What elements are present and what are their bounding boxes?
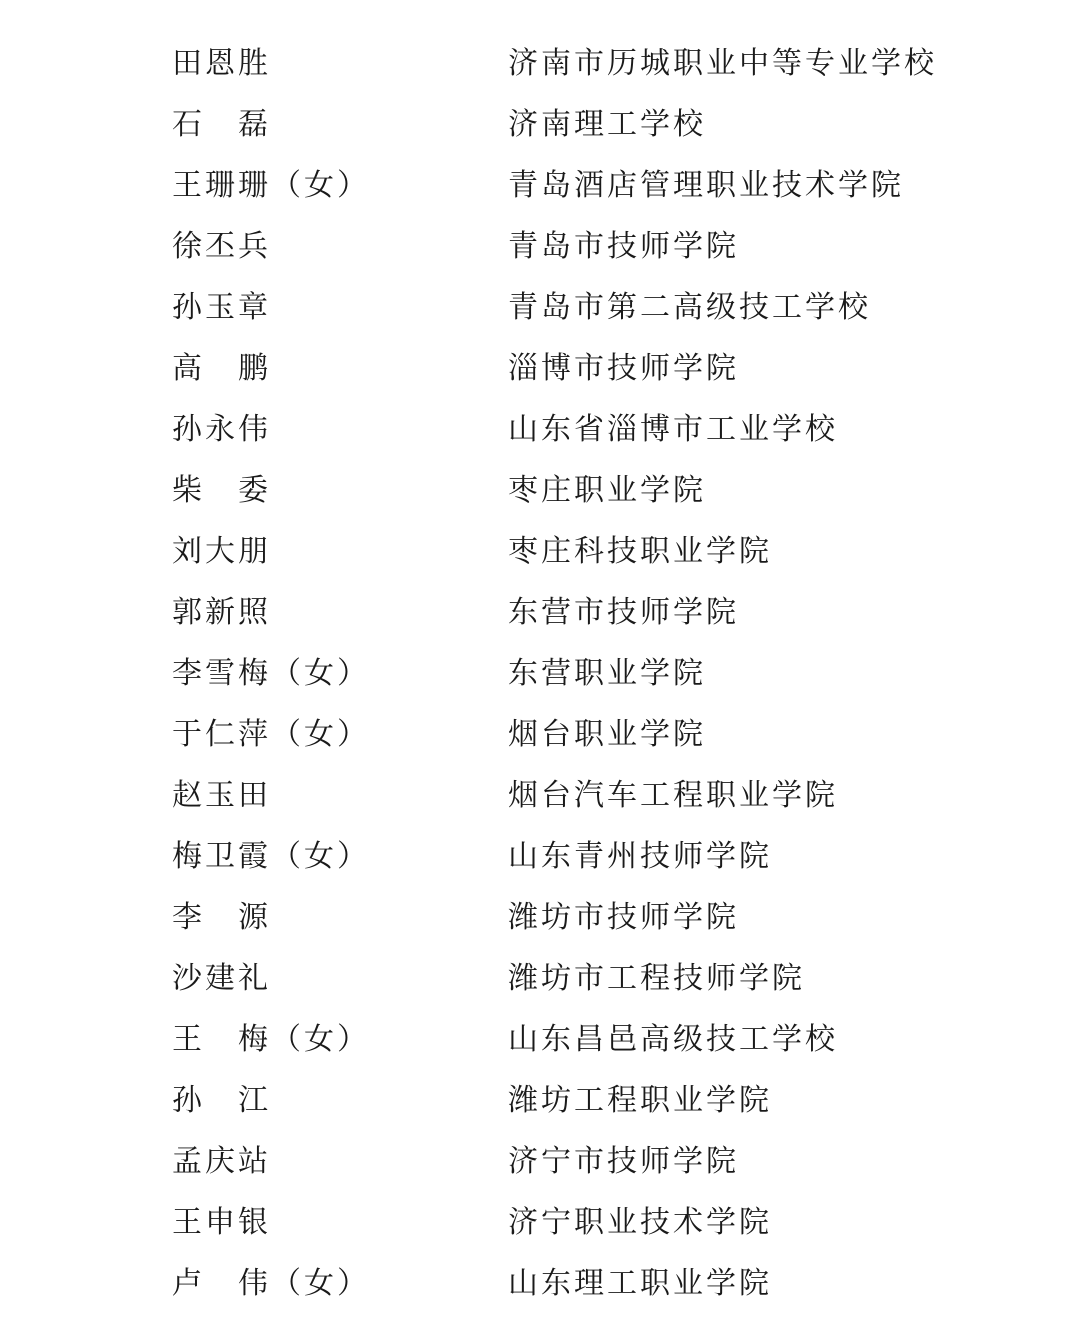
list-item: 王珊珊（女） 青岛酒店管理职业技术学院 (0, 155, 1080, 216)
person-name: 石 磊 (172, 94, 271, 155)
list-item: 李雪梅（女） 东营职业学院 (0, 643, 1080, 704)
school-name: 青岛市技师学院 (508, 216, 739, 277)
school-name: 淄博市技师学院 (508, 338, 739, 399)
list-item: 石 磊 济南理工学校 (0, 94, 1080, 155)
person-name: 王珊珊（女） (172, 155, 370, 216)
person-name: 沙建礼 (172, 948, 271, 1009)
list-item: 孙 江 潍坊工程职业学院 (0, 1070, 1080, 1131)
school-name: 青岛酒店管理职业技术学院 (508, 155, 904, 216)
list-item: 郭新照 东营市技师学院 (0, 582, 1080, 643)
school-name: 潍坊工程职业学院 (508, 1070, 772, 1131)
person-name: 孙 江 (172, 1070, 271, 1131)
person-name: 孙永伟 (172, 399, 271, 460)
list-item: 孙玉章 青岛市第二高级技工学校 (0, 277, 1080, 338)
person-name: 孙玉章 (172, 277, 271, 338)
school-name: 济南市历城职业中等专业学校 (508, 33, 937, 94)
person-name: 柴 委 (172, 460, 271, 521)
person-name: 梅卫霞（女） (172, 826, 370, 887)
list-item: 高 鹏 淄博市技师学院 (0, 338, 1080, 399)
school-name: 东营职业学院 (508, 643, 706, 704)
person-name: 王 梅（女） (172, 1009, 370, 1070)
school-name: 东营市技师学院 (508, 582, 739, 643)
list-item: 赵玉田 烟台汽车工程职业学院 (0, 765, 1080, 826)
list-item: 梅卫霞（女） 山东青州技师学院 (0, 826, 1080, 887)
list-item: 刘大朋 枣庄科技职业学院 (0, 521, 1080, 582)
school-name: 济宁市技师学院 (508, 1131, 739, 1192)
person-name: 刘大朋 (172, 521, 271, 582)
school-name: 潍坊市技师学院 (508, 887, 739, 948)
school-name: 山东青州技师学院 (508, 826, 772, 887)
school-name: 山东昌邑高级技工学校 (508, 1009, 838, 1070)
school-name: 青岛市第二高级技工学校 (508, 277, 871, 338)
person-name: 高 鹏 (172, 338, 271, 399)
list-item: 于仁萍（女） 烟台职业学院 (0, 704, 1080, 765)
school-name: 烟台汽车工程职业学院 (508, 765, 838, 826)
list-item: 孙永伟 山东省淄博市工业学校 (0, 399, 1080, 460)
person-name: 李 源 (172, 887, 271, 948)
school-name: 济南理工学校 (508, 94, 706, 155)
list-item: 田恩胜 济南市历城职业中等专业学校 (0, 33, 1080, 94)
school-name: 枣庄科技职业学院 (508, 521, 772, 582)
school-name: 烟台职业学院 (508, 704, 706, 765)
list-item: 卢 伟（女） 山东理工职业学院 (0, 1253, 1080, 1314)
list-item: 王申银 济宁职业技术学院 (0, 1192, 1080, 1253)
school-name: 山东省淄博市工业学校 (508, 399, 838, 460)
list-item: 柴 委 枣庄职业学院 (0, 460, 1080, 521)
person-name: 卢 伟（女） (172, 1253, 370, 1314)
list-item: 王 梅（女） 山东昌邑高级技工学校 (0, 1009, 1080, 1070)
name-list: 田恩胜 济南市历城职业中等专业学校 石 磊 济南理工学校 王珊珊（女） 青岛酒店… (0, 33, 1080, 1314)
list-item: 李 源 潍坊市技师学院 (0, 887, 1080, 948)
person-name: 赵玉田 (172, 765, 271, 826)
school-name: 山东理工职业学院 (508, 1253, 772, 1314)
person-name: 田恩胜 (172, 33, 271, 94)
list-item: 沙建礼 潍坊市工程技师学院 (0, 948, 1080, 1009)
person-name: 郭新照 (172, 582, 271, 643)
school-name: 枣庄职业学院 (508, 460, 706, 521)
person-name: 孟庆站 (172, 1131, 271, 1192)
person-name: 徐丕兵 (172, 216, 271, 277)
list-item: 孟庆站 济宁市技师学院 (0, 1131, 1080, 1192)
school-name: 潍坊市工程技师学院 (508, 948, 805, 1009)
school-name: 济宁职业技术学院 (508, 1192, 772, 1253)
list-item: 徐丕兵 青岛市技师学院 (0, 216, 1080, 277)
person-name: 李雪梅（女） (172, 643, 370, 704)
person-name: 王申银 (172, 1192, 271, 1253)
person-name: 于仁萍（女） (172, 704, 370, 765)
